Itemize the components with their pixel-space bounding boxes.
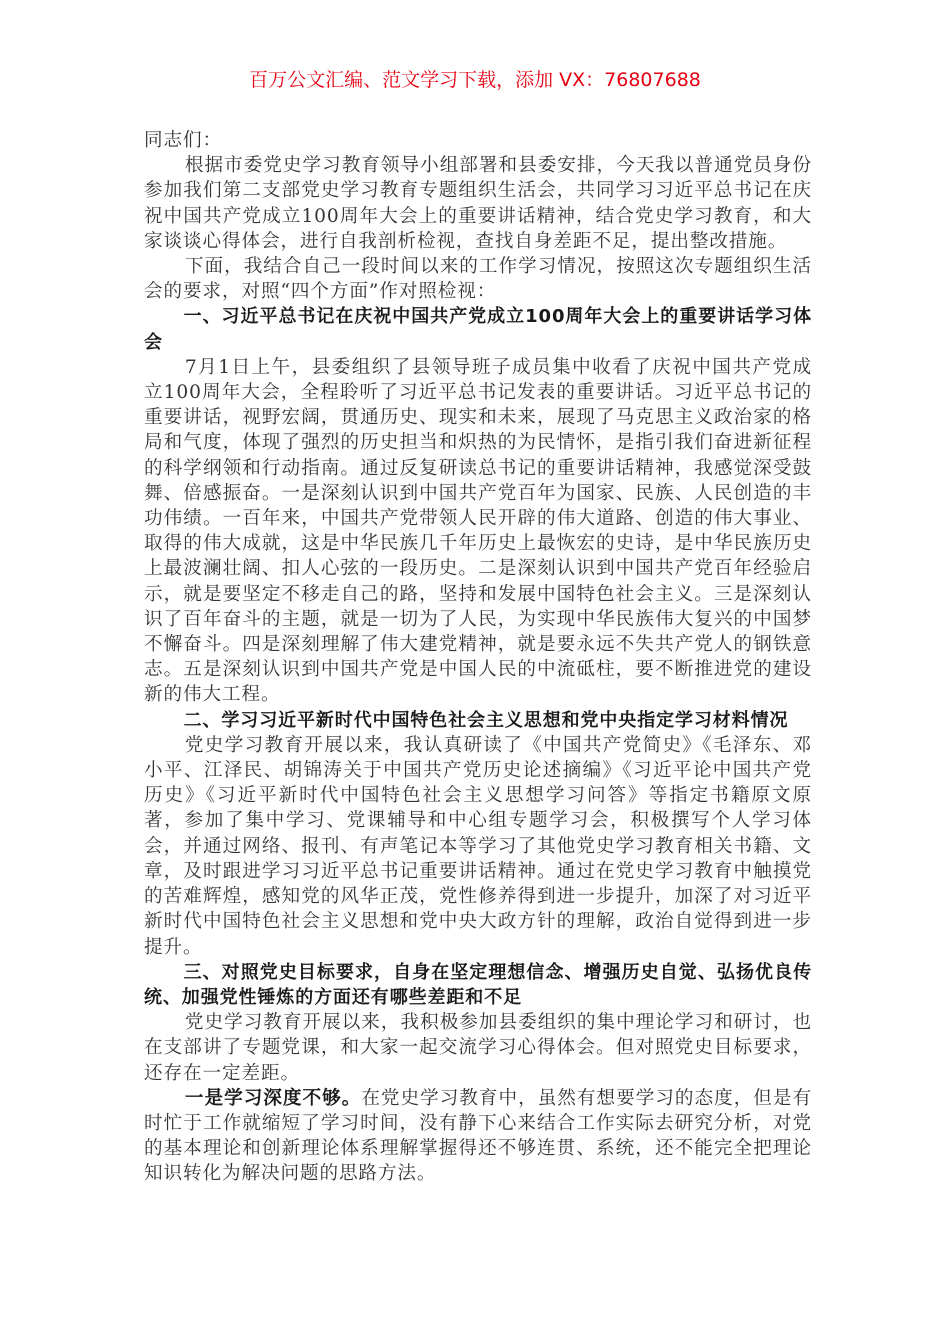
section-heading-2: 二、学习习近平新时代中国特色社会主义思想和党中央指定学习材料情况 <box>144 708 812 733</box>
header-banner: 百万公文汇编、范文学习下载，添加 VX：76807688 <box>0 66 950 94</box>
paragraph-section-3: 党史学习教育开展以来，我积极参加县委组织的集中理论学习和研讨，也在支部讲了专题党… <box>144 1010 812 1086</box>
document-body: 同志们： 根据市委党史学习教育领导小组部署和县委安排，今天我以普通党员身份参加我… <box>144 128 812 1187</box>
paragraph-point-1: 一是学习深度不够。在党史学习教育中，虽然有想要学习的态度，但是有时忙于工作就缩短… <box>144 1086 812 1187</box>
paragraph-overview: 下面，我结合自己一段时间以来的工作学习情况，按照这次专题组织生活会的要求，对照“… <box>144 254 812 304</box>
point-1-lead: 一是学习深度不够。 <box>185 1088 361 1109</box>
salutation: 同志们： <box>144 128 812 153</box>
paragraph-intro: 根据市委党史学习教育领导小组部署和县委安排，今天我以普通党员身份参加我们第二支部… <box>144 153 812 254</box>
section-heading-1: 一、习近平总书记在庆祝中国共产党成立100周年大会上的重要讲话学习体会 <box>144 304 812 354</box>
paragraph-section-1: 7月1日上午，县委组织了县领导班子成员集中收看了庆祝中国共产党成立100周年大会… <box>144 355 812 708</box>
section-heading-3: 三、对照党史目标要求，自身在坚定理想信念、增强历史自觉、弘扬优良传统、加强党性锤… <box>144 960 812 1010</box>
paragraph-section-2: 党史学习教育开展以来，我认真研读了《中国共产党简史》《毛泽东、邓小平、江泽民、胡… <box>144 733 812 960</box>
document-page: 百万公文汇编、范文学习下载，添加 VX：76807688 同志们： 根据市委党史… <box>0 0 950 1344</box>
